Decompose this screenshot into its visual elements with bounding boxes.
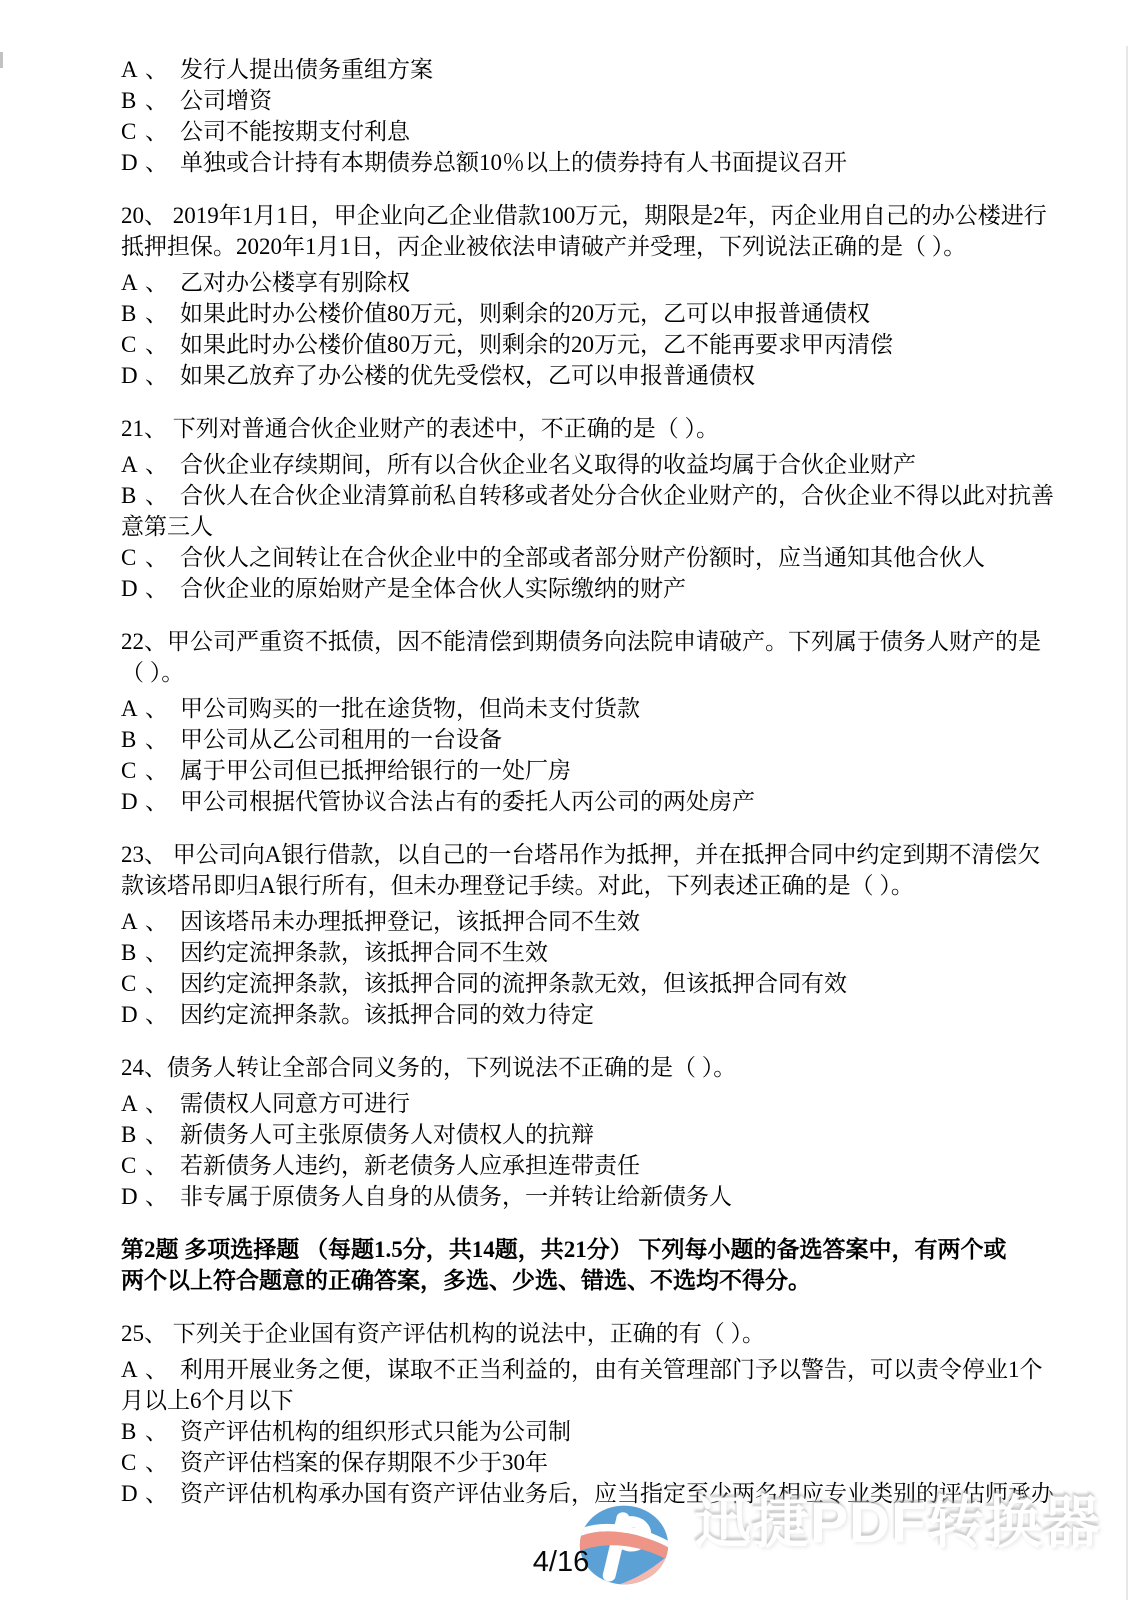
option-text: 合伙人之间转让在合伙企业中的全部或者部分财产份额时，应当通知其他合伙人	[180, 545, 985, 570]
option-label: A	[121, 1088, 138, 1119]
option-text: 因约定流押条款，该抵押合同不生效	[180, 940, 548, 965]
option-separator: 、	[145, 54, 168, 85]
page-edge-artifact	[0, 52, 3, 68]
option-line: C、属于甲公司但已抵押给银行的一处厂房	[121, 755, 1021, 786]
option-line: D、非专属于原债务人自身的从债务，一并转让给新债务人	[121, 1181, 1021, 1212]
option-text: 公司不能按期支付利息	[180, 119, 410, 144]
option-line: A、合伙企业存续期间，所有以合伙企业名义取得的收益均属于合伙企业财产	[121, 449, 1021, 480]
option-text: 需债权人同意方可进行	[180, 1091, 410, 1116]
option-label: C	[121, 968, 138, 999]
option-separator: 、	[145, 724, 168, 755]
option-line: A、需债权人同意方可进行	[121, 1088, 1021, 1119]
page-right-edge-line	[1126, 46, 1128, 1600]
option-separator: 、	[145, 1150, 168, 1181]
text-line: 24、债务人转让全部合同义务的，下列说法不正确的是（ ）。	[121, 1052, 1021, 1083]
option-separator: 、	[145, 542, 168, 573]
option-text: 因该塔吊未办理抵押登记，该抵押合同不生效	[180, 909, 640, 934]
option-line: C、资产评估档案的保存期限不少于30年	[121, 1447, 1021, 1478]
option-separator: 、	[145, 85, 168, 116]
option-label: B	[121, 1416, 138, 1447]
option-line: C、如果此时办公楼价值80万元，则剩余的20万元，乙不能再要求甲丙清偿	[121, 329, 1021, 360]
option-text: 如果此时办公楼价值80万元，则剩余的20万元，乙可以申报普通债权	[180, 301, 870, 326]
options-group: A、合伙企业存续期间，所有以合伙企业名义取得的收益均属于合伙企业财产B、合伙人在…	[121, 449, 1021, 604]
option-separator: 、	[145, 937, 168, 968]
option-line: B、合伙人在合伙企业清算前私自转移或者处分合伙企业财产的，合伙企业不得以此对抗善	[121, 480, 1021, 511]
option-text: 因约定流押条款。该抵押合同的效力待定	[180, 1002, 594, 1027]
option-text: 资产评估档案的保存期限不少于30年	[180, 1450, 548, 1475]
text-line: 第2题 多项选择题 （每题1.5分，共14题，共21分） 下列每小题的备选答案中…	[121, 1234, 1021, 1265]
options-group: A、乙对办公楼享有别除权B、如果此时办公楼价值80万元，则剩余的20万元，乙可以…	[121, 267, 1021, 391]
option-text: 单独或合计持有本期债券总额10％以上的债券持有人书面提议召开	[180, 150, 847, 175]
option-line: D、合伙企业的原始财产是全体合伙人实际缴纳的财产	[121, 573, 1021, 604]
option-text: 如果此时办公楼价值80万元，则剩余的20万元，乙不能再要求甲丙清偿	[180, 332, 893, 357]
document-page: A、发行人提出债务重组方案B、公司增资C、公司不能按期支付利息D、单独或合计持有…	[0, 0, 1130, 1600]
option-separator: 、	[145, 755, 168, 786]
watermark-brand-text: 迅捷PDF转换器	[694, 1492, 1101, 1554]
option-label: D	[121, 147, 138, 178]
option-text: 利用开展业务之便，谋取不正当利益的，由有关管理部门予以警告，可以责令停业1个	[180, 1357, 1043, 1382]
option-line: B、公司增资	[121, 85, 1021, 116]
option-label: D	[121, 360, 138, 391]
option-line: B、资产评估机构的组织形式只能为公司制	[121, 1416, 1021, 1447]
option-separator: 、	[145, 480, 168, 511]
option-label: C	[121, 755, 138, 786]
option-label: A	[121, 449, 138, 480]
option-text: 新债务人可主张原债务人对债权人的抗辩	[180, 1122, 594, 1147]
option-line: C、合伙人之间转让在合伙企业中的全部或者部分财产份额时，应当通知其他合伙人	[121, 542, 1021, 573]
option-label: C	[121, 542, 138, 573]
text-line: 25、 下列关于企业国有资产评估机构的说法中，正确的有（ ）。	[121, 1318, 1021, 1349]
option-line: 月以上6个月以下	[121, 1385, 1021, 1416]
option-label: D	[121, 1181, 138, 1212]
option-line: A、因该塔吊未办理抵押登记，该抵押合同不生效	[121, 906, 1021, 937]
text-line: 20、 2019年1月1日，甲企业向乙企业借款100万元，期限是2年，丙企业用自…	[121, 200, 1021, 231]
option-text: 甲公司购买的一批在途货物，但尚未支付货款	[180, 696, 640, 721]
option-separator: 、	[145, 906, 168, 937]
option-separator: 、	[145, 449, 168, 480]
option-separator: 、	[145, 1478, 168, 1509]
option-label: B	[121, 724, 138, 755]
option-label: A	[121, 906, 138, 937]
section-header: 第2题 多项选择题 （每题1.5分，共14题，共21分） 下列每小题的备选答案中…	[121, 1234, 1021, 1296]
option-text: 合伙人在合伙企业清算前私自转移或者处分合伙企业财产的，合伙企业不得以此对抗善	[180, 483, 1054, 508]
question-stem: 21、 下列对普通合伙企业财产的表述中，不正确的是（ ）。	[121, 413, 1021, 444]
option-line: B、新债务人可主张原债务人对债权人的抗辩	[121, 1119, 1021, 1150]
option-text: 资产评估机构的组织形式只能为公司制	[180, 1419, 571, 1444]
option-line: B、甲公司从乙公司租用的一台设备	[121, 724, 1021, 755]
option-label: D	[121, 1478, 138, 1509]
option-line: C、若新债务人违约，新老债务人应承担连带责任	[121, 1150, 1021, 1181]
option-separator: 、	[145, 360, 168, 391]
option-separator: 、	[145, 786, 168, 817]
option-label: D	[121, 786, 138, 817]
option-label: A	[121, 1354, 138, 1385]
option-text: 乙对办公楼享有别除权	[180, 270, 410, 295]
text-line: 21、 下列对普通合伙企业财产的表述中，不正确的是（ ）。	[121, 413, 1021, 444]
option-line: D、甲公司根据代管协议合法占有的委托人丙公司的两处房产	[121, 786, 1021, 817]
option-separator: 、	[145, 267, 168, 298]
option-separator: 、	[145, 999, 168, 1030]
option-separator: 、	[145, 298, 168, 329]
options-group: A、甲公司购买的一批在途货物，但尚未支付货款B、甲公司从乙公司租用的一台设备C、…	[121, 693, 1021, 817]
option-text: 因约定流押条款，该抵押合同的流押条款无效，但该抵押合同有效	[180, 971, 847, 996]
option-separator: 、	[145, 329, 168, 360]
text-line: 两个以上符合题意的正确答案，多选、少选、错选、不选均不得分。	[121, 1265, 1021, 1296]
option-label: A	[121, 693, 138, 724]
text-line: 22、甲公司严重资不抵债，因不能清偿到期债务向法院申请破产。下列属于债务人财产的…	[121, 626, 1021, 657]
option-text: 合伙企业存续期间，所有以合伙企业名义取得的收益均属于合伙企业财产	[180, 452, 916, 477]
option-line: A、乙对办公楼享有别除权	[121, 267, 1021, 298]
option-line: C、公司不能按期支付利息	[121, 116, 1021, 147]
option-separator: 、	[145, 1088, 168, 1119]
question-stem: 23、 甲公司向A银行借款，以自己的一台塔吊作为抵押，并在抵押合同中约定到期不清…	[121, 839, 1021, 901]
options-group: A、发行人提出债务重组方案B、公司增资C、公司不能按期支付利息D、单独或合计持有…	[121, 54, 1021, 178]
exam-content: A、发行人提出债务重组方案B、公司增资C、公司不能按期支付利息D、单独或合计持有…	[121, 54, 1021, 1509]
option-separator: 、	[145, 1416, 168, 1447]
option-text: 甲公司根据代管协议合法占有的委托人丙公司的两处房产	[180, 789, 755, 814]
option-label: B	[121, 298, 138, 329]
option-label: D	[121, 999, 138, 1030]
option-label: B	[121, 85, 138, 116]
option-line: B、如果此时办公楼价值80万元，则剩余的20万元，乙可以申报普通债权	[121, 298, 1021, 329]
option-label: B	[121, 480, 138, 511]
option-separator: 、	[145, 1119, 168, 1150]
option-label: C	[121, 1447, 138, 1478]
option-label: B	[121, 937, 138, 968]
option-text: 属于甲公司但已抵押给银行的一处厂房	[180, 758, 571, 783]
option-line: B、因约定流押条款，该抵押合同不生效	[121, 937, 1021, 968]
option-label: C	[121, 1150, 138, 1181]
option-text: 非专属于原债务人自身的从债务，一并转让给新债务人	[180, 1184, 732, 1209]
option-line: A、甲公司购买的一批在途货物，但尚未支付货款	[121, 693, 1021, 724]
option-line: D、因约定流押条款。该抵押合同的效力待定	[121, 999, 1021, 1030]
option-separator: 、	[145, 147, 168, 178]
option-separator: 、	[145, 968, 168, 999]
option-line: 意第三人	[121, 511, 1021, 542]
option-line: D、单独或合计持有本期债券总额10％以上的债券持有人书面提议召开	[121, 147, 1021, 178]
option-separator: 、	[145, 1354, 168, 1385]
option-text: 如果乙放弃了办公楼的优先受偿权，乙可以申报普通债权	[180, 363, 755, 388]
option-label: B	[121, 1119, 138, 1150]
question-stem: 22、甲公司严重资不抵债，因不能清偿到期债务向法院申请破产。下列属于债务人财产的…	[121, 626, 1021, 688]
option-text: 若新债务人违约，新老债务人应承担连带责任	[180, 1153, 640, 1178]
option-label: D	[121, 573, 138, 604]
question-stem: 24、债务人转让全部合同义务的，下列说法不正确的是（ ）。	[121, 1052, 1021, 1083]
option-separator: 、	[145, 1181, 168, 1212]
option-line: A、发行人提出债务重组方案	[121, 54, 1021, 85]
option-separator: 、	[145, 116, 168, 147]
option-text: 合伙企业的原始财产是全体合伙人实际缴纳的财产	[180, 576, 686, 601]
option-line: C、因约定流押条款，该抵押合同的流押条款无效，但该抵押合同有效	[121, 968, 1021, 999]
text-line: 抵押担保。2020年1月1日，丙企业被依法申请破产并受理，下列说法正确的是（ ）…	[121, 231, 1021, 262]
option-separator: 、	[145, 1447, 168, 1478]
option-separator: 、	[145, 693, 168, 724]
option-label: C	[121, 116, 138, 147]
option-text: 发行人提出债务重组方案	[180, 57, 433, 82]
options-group: A、需债权人同意方可进行B、新债务人可主张原债务人对债权人的抗辩C、若新债务人违…	[121, 1088, 1021, 1212]
option-separator: 、	[145, 573, 168, 604]
option-label: A	[121, 267, 138, 298]
options-group: A、因该塔吊未办理抵押登记，该抵押合同不生效B、因约定流押条款，该抵押合同不生效…	[121, 906, 1021, 1030]
option-label: C	[121, 329, 138, 360]
text-line: 23、 甲公司向A银行借款，以自己的一台塔吊作为抵押，并在抵押合同中约定到期不清…	[121, 839, 1021, 870]
option-label: A	[121, 54, 138, 85]
text-line: （ ）。	[121, 657, 1021, 688]
question-stem: 20、 2019年1月1日，甲企业向乙企业借款100万元，期限是2年，丙企业用自…	[121, 200, 1021, 262]
option-text: 公司增资	[180, 88, 272, 113]
option-line: D、如果乙放弃了办公楼的优先受偿权，乙可以申报普通债权	[121, 360, 1021, 391]
options-group: A、利用开展业务之便，谋取不正当利益的，由有关管理部门予以警告，可以责令停业1个…	[121, 1354, 1021, 1509]
option-line: A、利用开展业务之便，谋取不正当利益的，由有关管理部门予以警告，可以责令停业1个	[121, 1354, 1021, 1385]
page-number: 4/16	[0, 1546, 1126, 1578]
option-text: 甲公司从乙公司租用的一台设备	[180, 727, 502, 752]
question-stem: 25、 下列关于企业国有资产评估机构的说法中，正确的有（ ）。	[121, 1318, 1021, 1349]
text-line: 款该塔吊即归A银行所有，但未办理登记手续。对此，下列表述正确的是（ ）。	[121, 870, 1021, 901]
